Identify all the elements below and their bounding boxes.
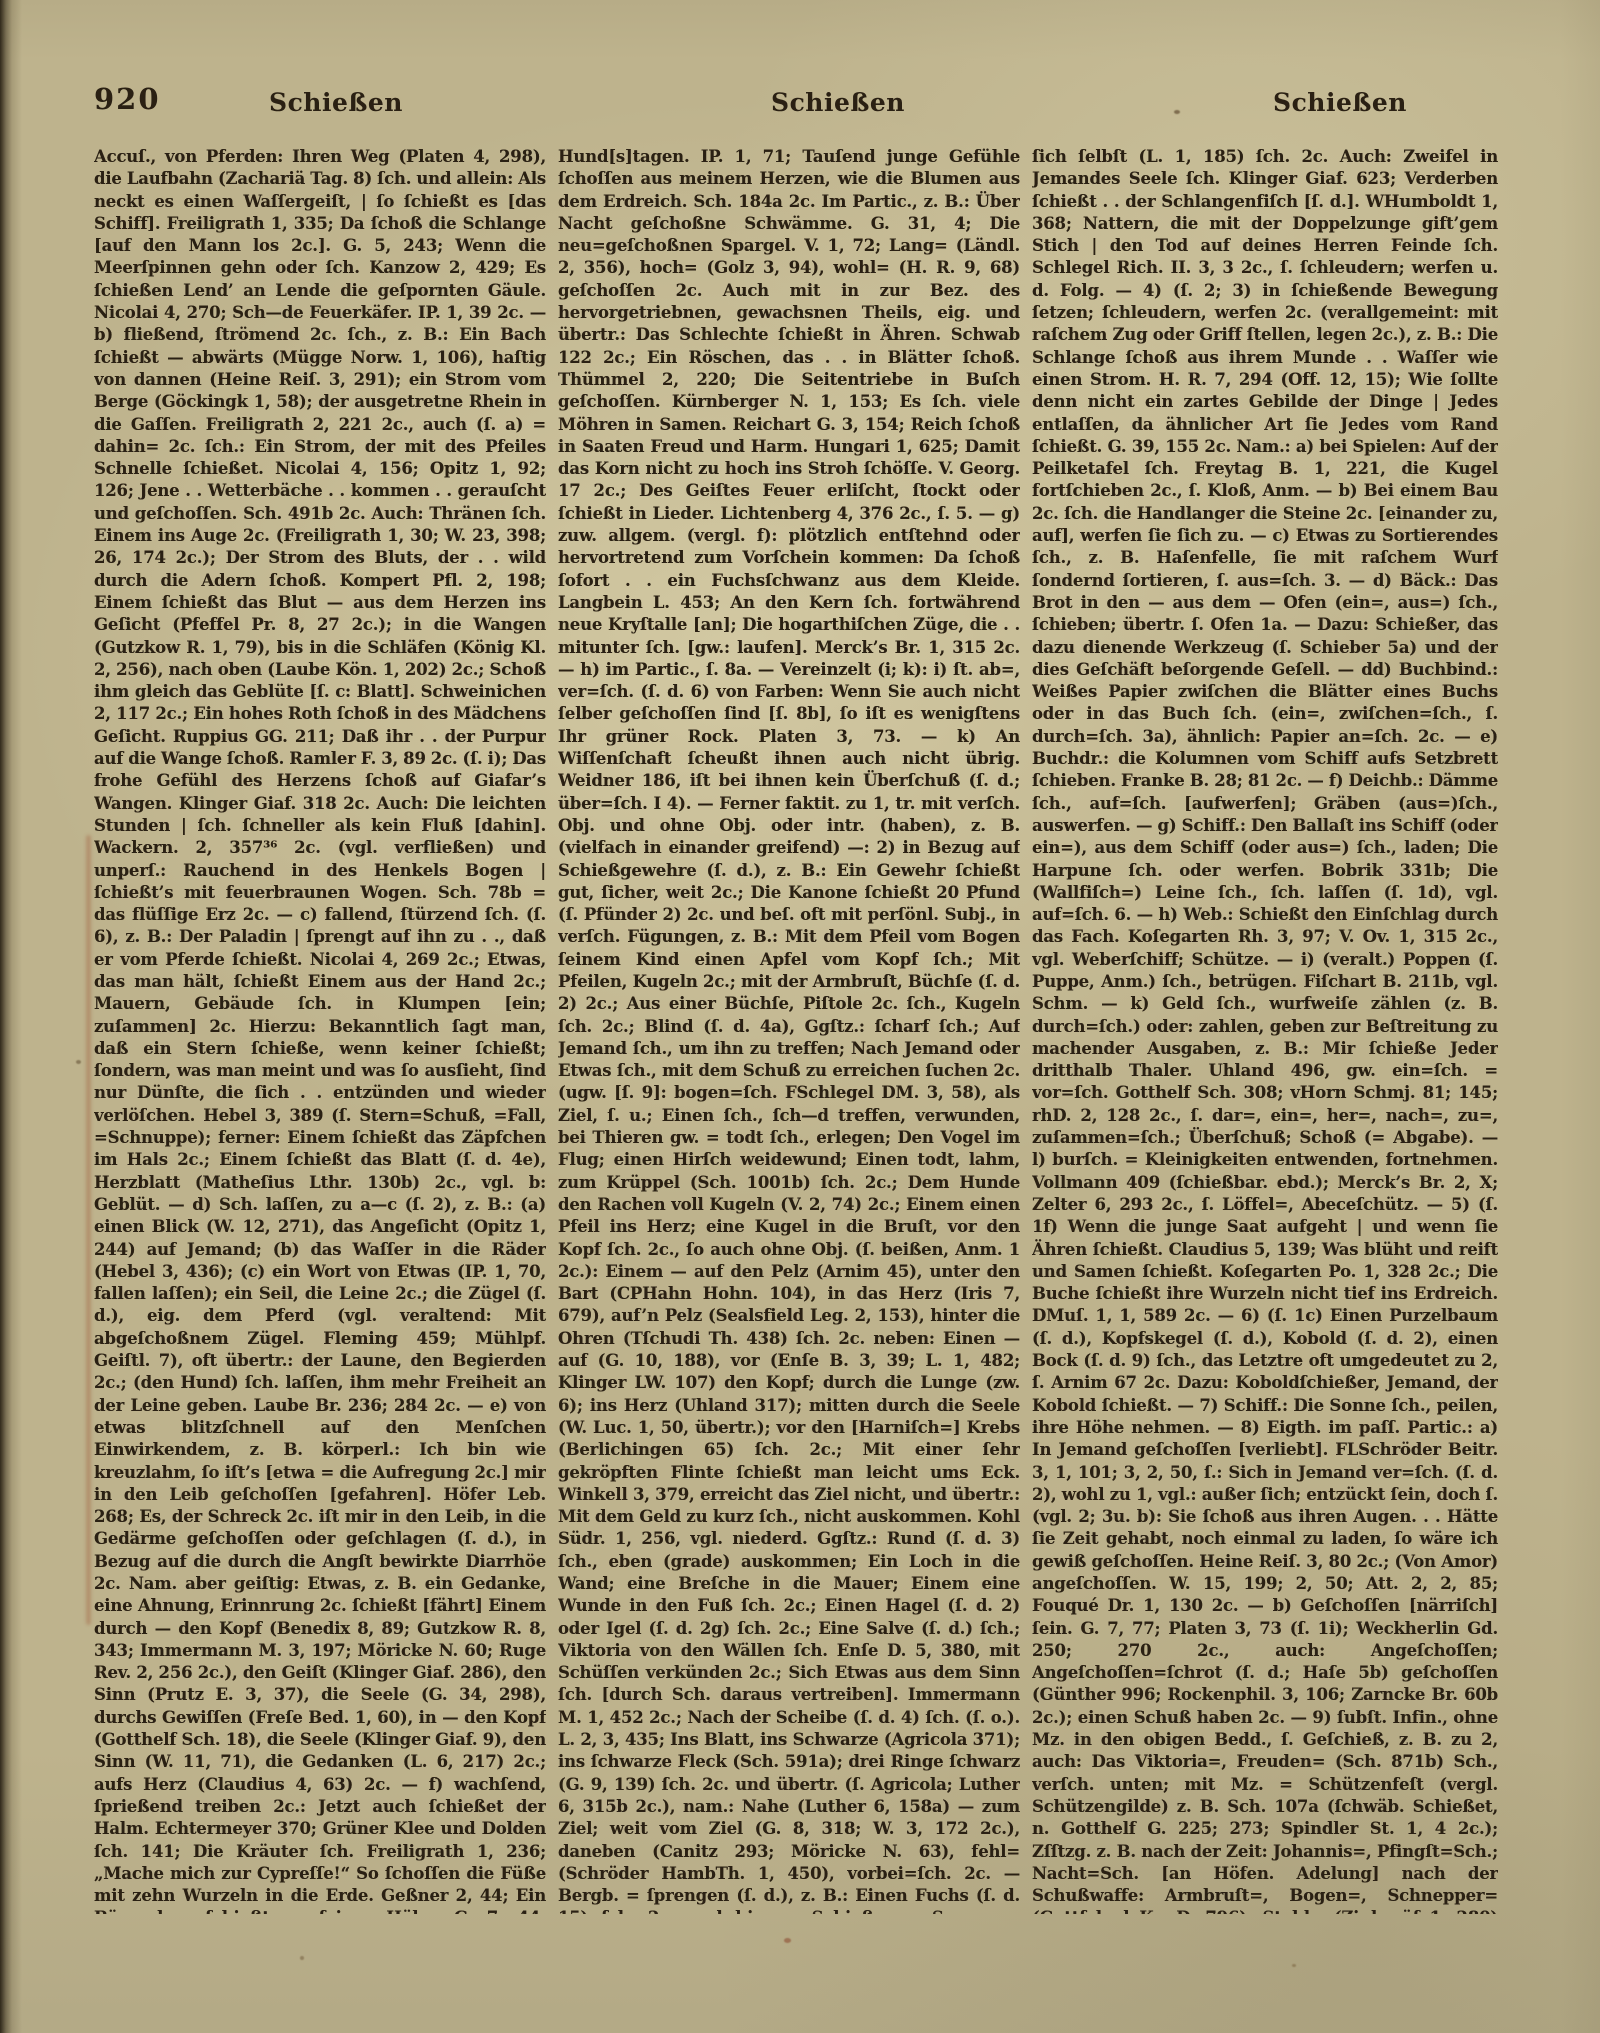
running-title-column-3: Schießen [1273, 88, 1407, 117]
dictionary-page-scan: 920 Schießen Schießen Schießen Accuſ., v… [0, 0, 1600, 2033]
paper-speck [300, 1956, 304, 1960]
paper-stain-streak [86, 835, 91, 1625]
page-binding-shadow [0, 0, 22, 2033]
paper-speck [76, 1060, 81, 1064]
running-title-column-1: Schießen [269, 88, 403, 117]
running-title-column-2: Schießen [771, 88, 905, 117]
text-column-2: Hund[s]tagen. IP. 1, 71; Tauſend junge G… [558, 146, 1020, 1914]
text-column-3: ſich ſelbſt (L. 1, 185) ſch. 2c. Auch: Z… [1032, 146, 1498, 1914]
paper-speck [784, 1938, 791, 1943]
paper-speck [1174, 110, 1180, 114]
paper-speck [1292, 1964, 1296, 1967]
page-number: 920 [94, 82, 161, 116]
text-column-1: Accuſ., von Pferden: Ihren Weg (Platen 4… [94, 146, 546, 1914]
